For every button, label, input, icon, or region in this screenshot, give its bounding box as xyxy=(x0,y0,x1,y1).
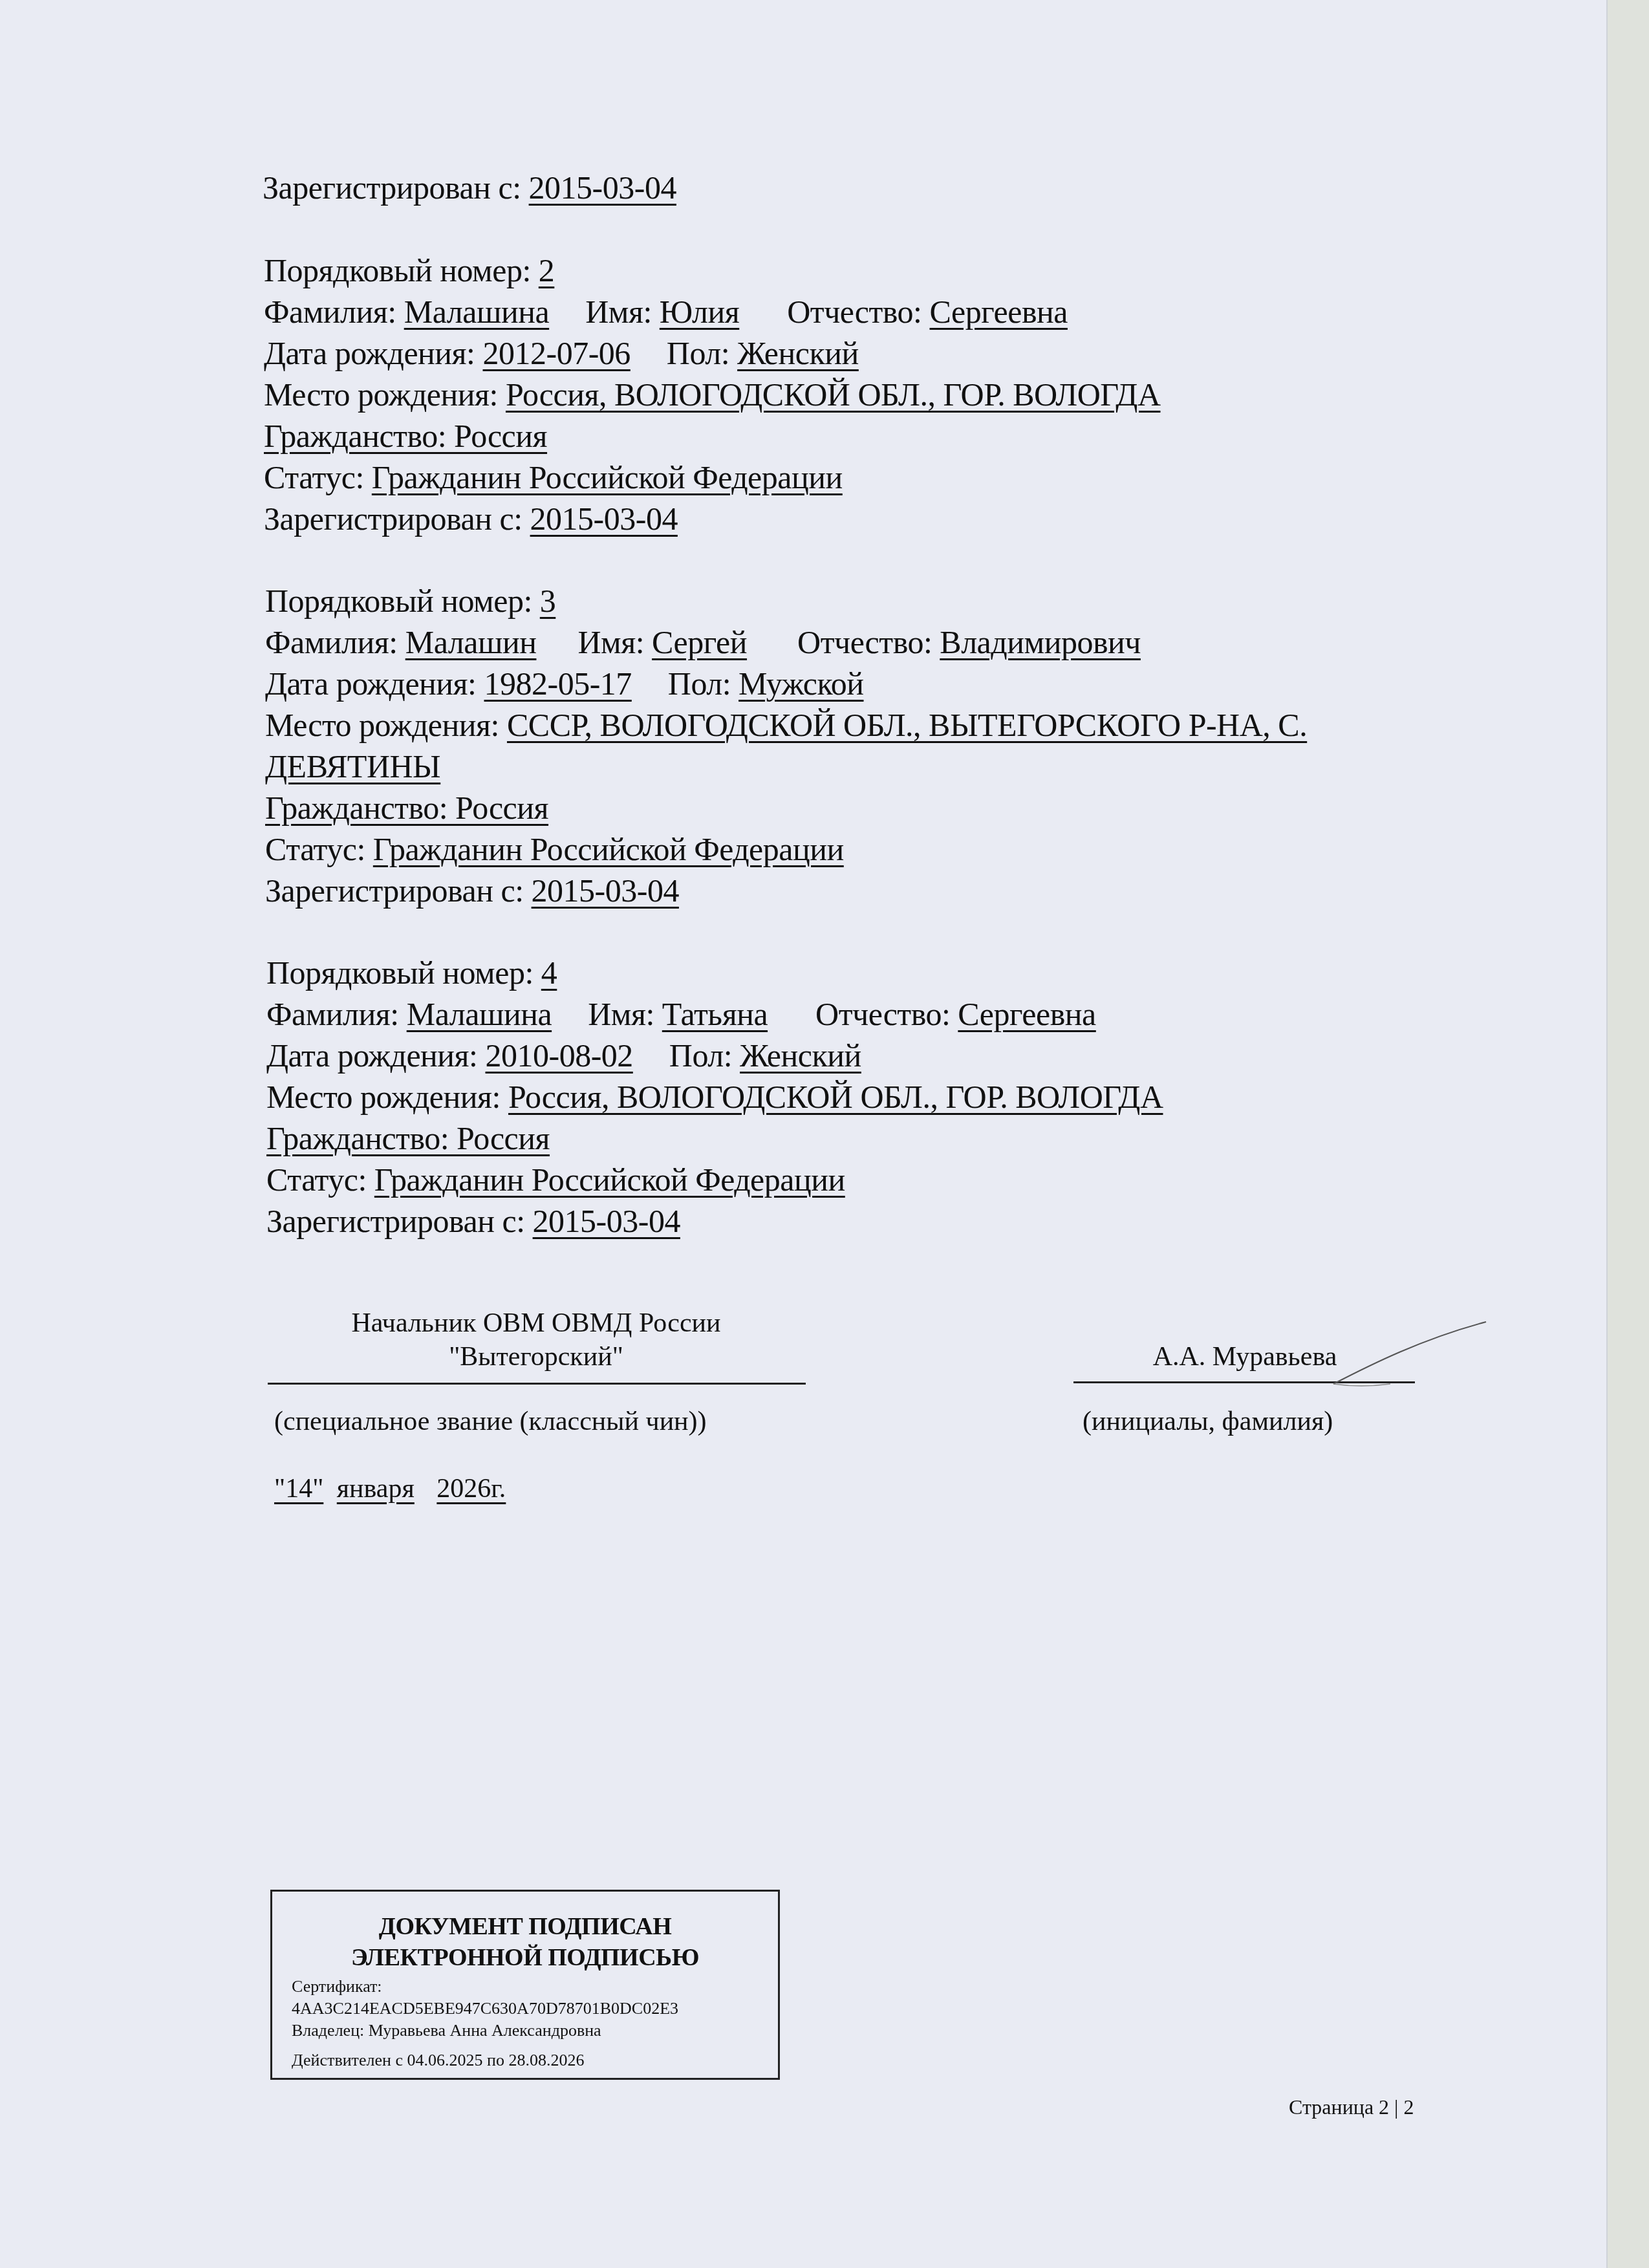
sex-value: Мужской xyxy=(738,665,863,702)
registered-label: Зарегистрирован с: xyxy=(264,501,523,537)
certificate-label: Сертификат: xyxy=(292,1976,382,1998)
number-line: Порядковый номер: 3 xyxy=(265,580,555,621)
stamp-title-line-2: ЭЛЕКТРОННОЙ ПОДПИСЬЮ xyxy=(272,1942,778,1973)
number-label: Порядковый номер: xyxy=(266,955,533,991)
signer-caption: (инициалы, фамилия) xyxy=(1083,1405,1333,1438)
patronymic-label: Отчество: xyxy=(797,624,932,660)
dob-value: 2012-07-06 xyxy=(483,335,630,371)
certificate-validity: Действителен с 04.06.2025 по 28.08.2026 xyxy=(292,2049,584,2071)
status-value: Гражданин Российской Федерации xyxy=(372,459,843,495)
citizenship-line: Гражданство: Россия xyxy=(265,787,548,828)
number-value: 3 xyxy=(540,583,556,619)
certificate-value: 4AA3C214EACD5EBE947C630A70D78701B0DC02E3 xyxy=(292,1998,678,2020)
first-name-value: Юлия xyxy=(660,294,739,330)
surname-label: Фамилия: xyxy=(265,624,398,660)
sex-value: Женский xyxy=(740,1037,861,1074)
position-title: Начальник ОВМ ОВМД России "Вытегорский" xyxy=(268,1306,804,1374)
status-value: Гражданин Российской Федерации xyxy=(374,1161,845,1198)
dob-label: Дата рождения: xyxy=(264,335,475,371)
patronymic-value: Сергеевна xyxy=(958,996,1095,1032)
position-line-1: Начальник ОВМ ОВМД России xyxy=(268,1306,804,1340)
registered-value: 2015-03-04 xyxy=(529,169,676,206)
patronymic-value: Владимирович xyxy=(940,624,1141,660)
sex-value: Женский xyxy=(737,335,859,371)
registered-label: Зарегистрирован с: xyxy=(266,1203,525,1239)
signature-date: "14" января 2026г. xyxy=(274,1472,506,1506)
status-value: Гражданин Российской Федерации xyxy=(373,831,844,867)
name-line: Фамилия: Малашин Имя: Сергей Отчество: В… xyxy=(265,621,1141,663)
status-line: Статус: Гражданин Российской Федерации xyxy=(266,1159,845,1200)
status-line: Статус: Гражданин Российской Федерации xyxy=(264,457,843,498)
number-line: Порядковый номер: 4 xyxy=(266,952,557,993)
status-label: Статус: xyxy=(266,1161,367,1198)
birthplace-line: Место рождения: Россия, ВОЛОГОДСКОЙ ОБЛ.… xyxy=(264,374,1161,415)
birthplace-value: Россия, ВОЛОГОДСКОЙ ОБЛ., ГОР. ВОЛОГДА xyxy=(506,376,1161,413)
registered-label: Зарегистрирован с: xyxy=(263,169,521,206)
surname-value: Малашина xyxy=(407,996,552,1032)
number-label: Порядковый номер: xyxy=(265,583,532,619)
position-caption: (специальное звание (классный чин)) xyxy=(274,1405,707,1438)
page-number: Страница 2 | 2 xyxy=(1289,2094,1414,2120)
name-line: Фамилия: Малашина Имя: Татьяна Отчество:… xyxy=(266,993,1096,1035)
position-line-2: "Вытегорский" xyxy=(268,1340,804,1374)
registered-value: 2015-03-04 xyxy=(532,872,679,909)
dob-line: Дата рождения: 1982-05-17 Пол: Мужской xyxy=(265,663,864,704)
birthplace-line: Место рождения: СССР, ВОЛОГОДСКОЙ ОБЛ., … xyxy=(265,704,1307,746)
dob-value: 2010-08-02 xyxy=(486,1037,633,1074)
birthplace-line: Место рождения: Россия, ВОЛОГОДСКОЙ ОБЛ.… xyxy=(266,1076,1163,1118)
first-name-value: Татьяна xyxy=(662,996,768,1032)
birthplace-value: СССР, ВОЛОГОДСКОЙ ОБЛ., ВЫТЕГОРСКОГО Р-Н… xyxy=(507,707,1307,743)
first-name-value: Сергей xyxy=(652,624,747,660)
signature-stroke-icon xyxy=(1332,1319,1487,1390)
dob-label: Дата рождения: xyxy=(266,1037,478,1074)
surname-value: Малашина xyxy=(404,294,549,330)
birthplace-label: Место рождения: xyxy=(265,707,499,743)
surname-value: Малашин xyxy=(405,624,537,660)
first-name-label: Имя: xyxy=(577,624,644,660)
dob-line: Дата рождения: 2010-08-02 Пол: Женский xyxy=(266,1035,861,1076)
dob-line: Дата рождения: 2012-07-06 Пол: Женский xyxy=(264,332,859,374)
name-line: Фамилия: Малашина Имя: Юлия Отчество: Се… xyxy=(264,291,1068,332)
registered-value: 2015-03-04 xyxy=(530,501,678,537)
citizenship-line: Гражданство: Россия xyxy=(266,1118,550,1159)
first-name-label: Имя: xyxy=(585,294,652,330)
dob-label: Дата рождения: xyxy=(265,665,477,702)
patronymic-value: Сергеевна xyxy=(930,294,1068,330)
date-year: 2026г. xyxy=(436,1474,506,1504)
surname-label: Фамилия: xyxy=(266,996,399,1032)
registered-line: Зарегистрирован с: 2015-03-04 xyxy=(266,1200,680,1242)
status-label: Статус: xyxy=(265,831,365,867)
number-value: 2 xyxy=(539,252,555,288)
patronymic-label: Отчество: xyxy=(787,294,921,330)
dob-value: 1982-05-17 xyxy=(484,665,632,702)
patronymic-label: Отчество: xyxy=(815,996,950,1032)
birthplace-label: Место рождения: xyxy=(266,1079,501,1115)
registered-line: Зарегистрирован с: 2015-03-04 xyxy=(264,498,678,539)
date-month: января xyxy=(330,1474,430,1504)
position-rule xyxy=(268,1383,806,1385)
birthplace-label: Место рождения: xyxy=(264,376,498,413)
birthplace-value: Россия, ВОЛОГОДСКОЙ ОБЛ., ГОР. ВОЛОГДА xyxy=(508,1079,1163,1115)
date-day: "14" xyxy=(274,1474,323,1504)
number-line: Порядковый номер: 2 xyxy=(264,250,554,291)
citizenship-line: Гражданство: Россия xyxy=(264,415,547,457)
sex-label: Пол: xyxy=(669,1037,732,1074)
electronic-signature-stamp: ДОКУМЕНТ ПОДПИСАН ЭЛЕКТРОННОЙ ПОДПИСЬЮ С… xyxy=(270,1890,780,2080)
scanner-edge xyxy=(1606,0,1649,2268)
status-line: Статус: Гражданин Российской Федерации xyxy=(265,828,844,870)
certificate-owner: Владелец: Муравьева Анна Александровна xyxy=(292,2020,601,2042)
registered-value: 2015-03-04 xyxy=(533,1203,680,1239)
registered-line: Зарегистрирован с: 2015-03-04 xyxy=(265,870,679,911)
birthplace-continuation: ДЕВЯТИНЫ xyxy=(265,746,440,787)
surname-label: Фамилия: xyxy=(264,294,396,330)
stamp-title-line-1: ДОКУМЕНТ ПОДПИСАН xyxy=(272,1911,778,1942)
registered-label: Зарегистрирован с: xyxy=(265,872,524,909)
sex-label: Пол: xyxy=(667,335,729,371)
number-label: Порядковый номер: xyxy=(264,252,531,288)
document-page: Зарегистрирован с: 2015-03-04 Порядковый… xyxy=(0,0,1606,2268)
number-value: 4 xyxy=(541,955,557,991)
sex-label: Пол: xyxy=(668,665,731,702)
status-label: Статус: xyxy=(264,459,364,495)
first-name-label: Имя: xyxy=(588,996,654,1032)
top-registered-line: Зарегистрирован с: 2015-03-04 xyxy=(263,167,676,208)
